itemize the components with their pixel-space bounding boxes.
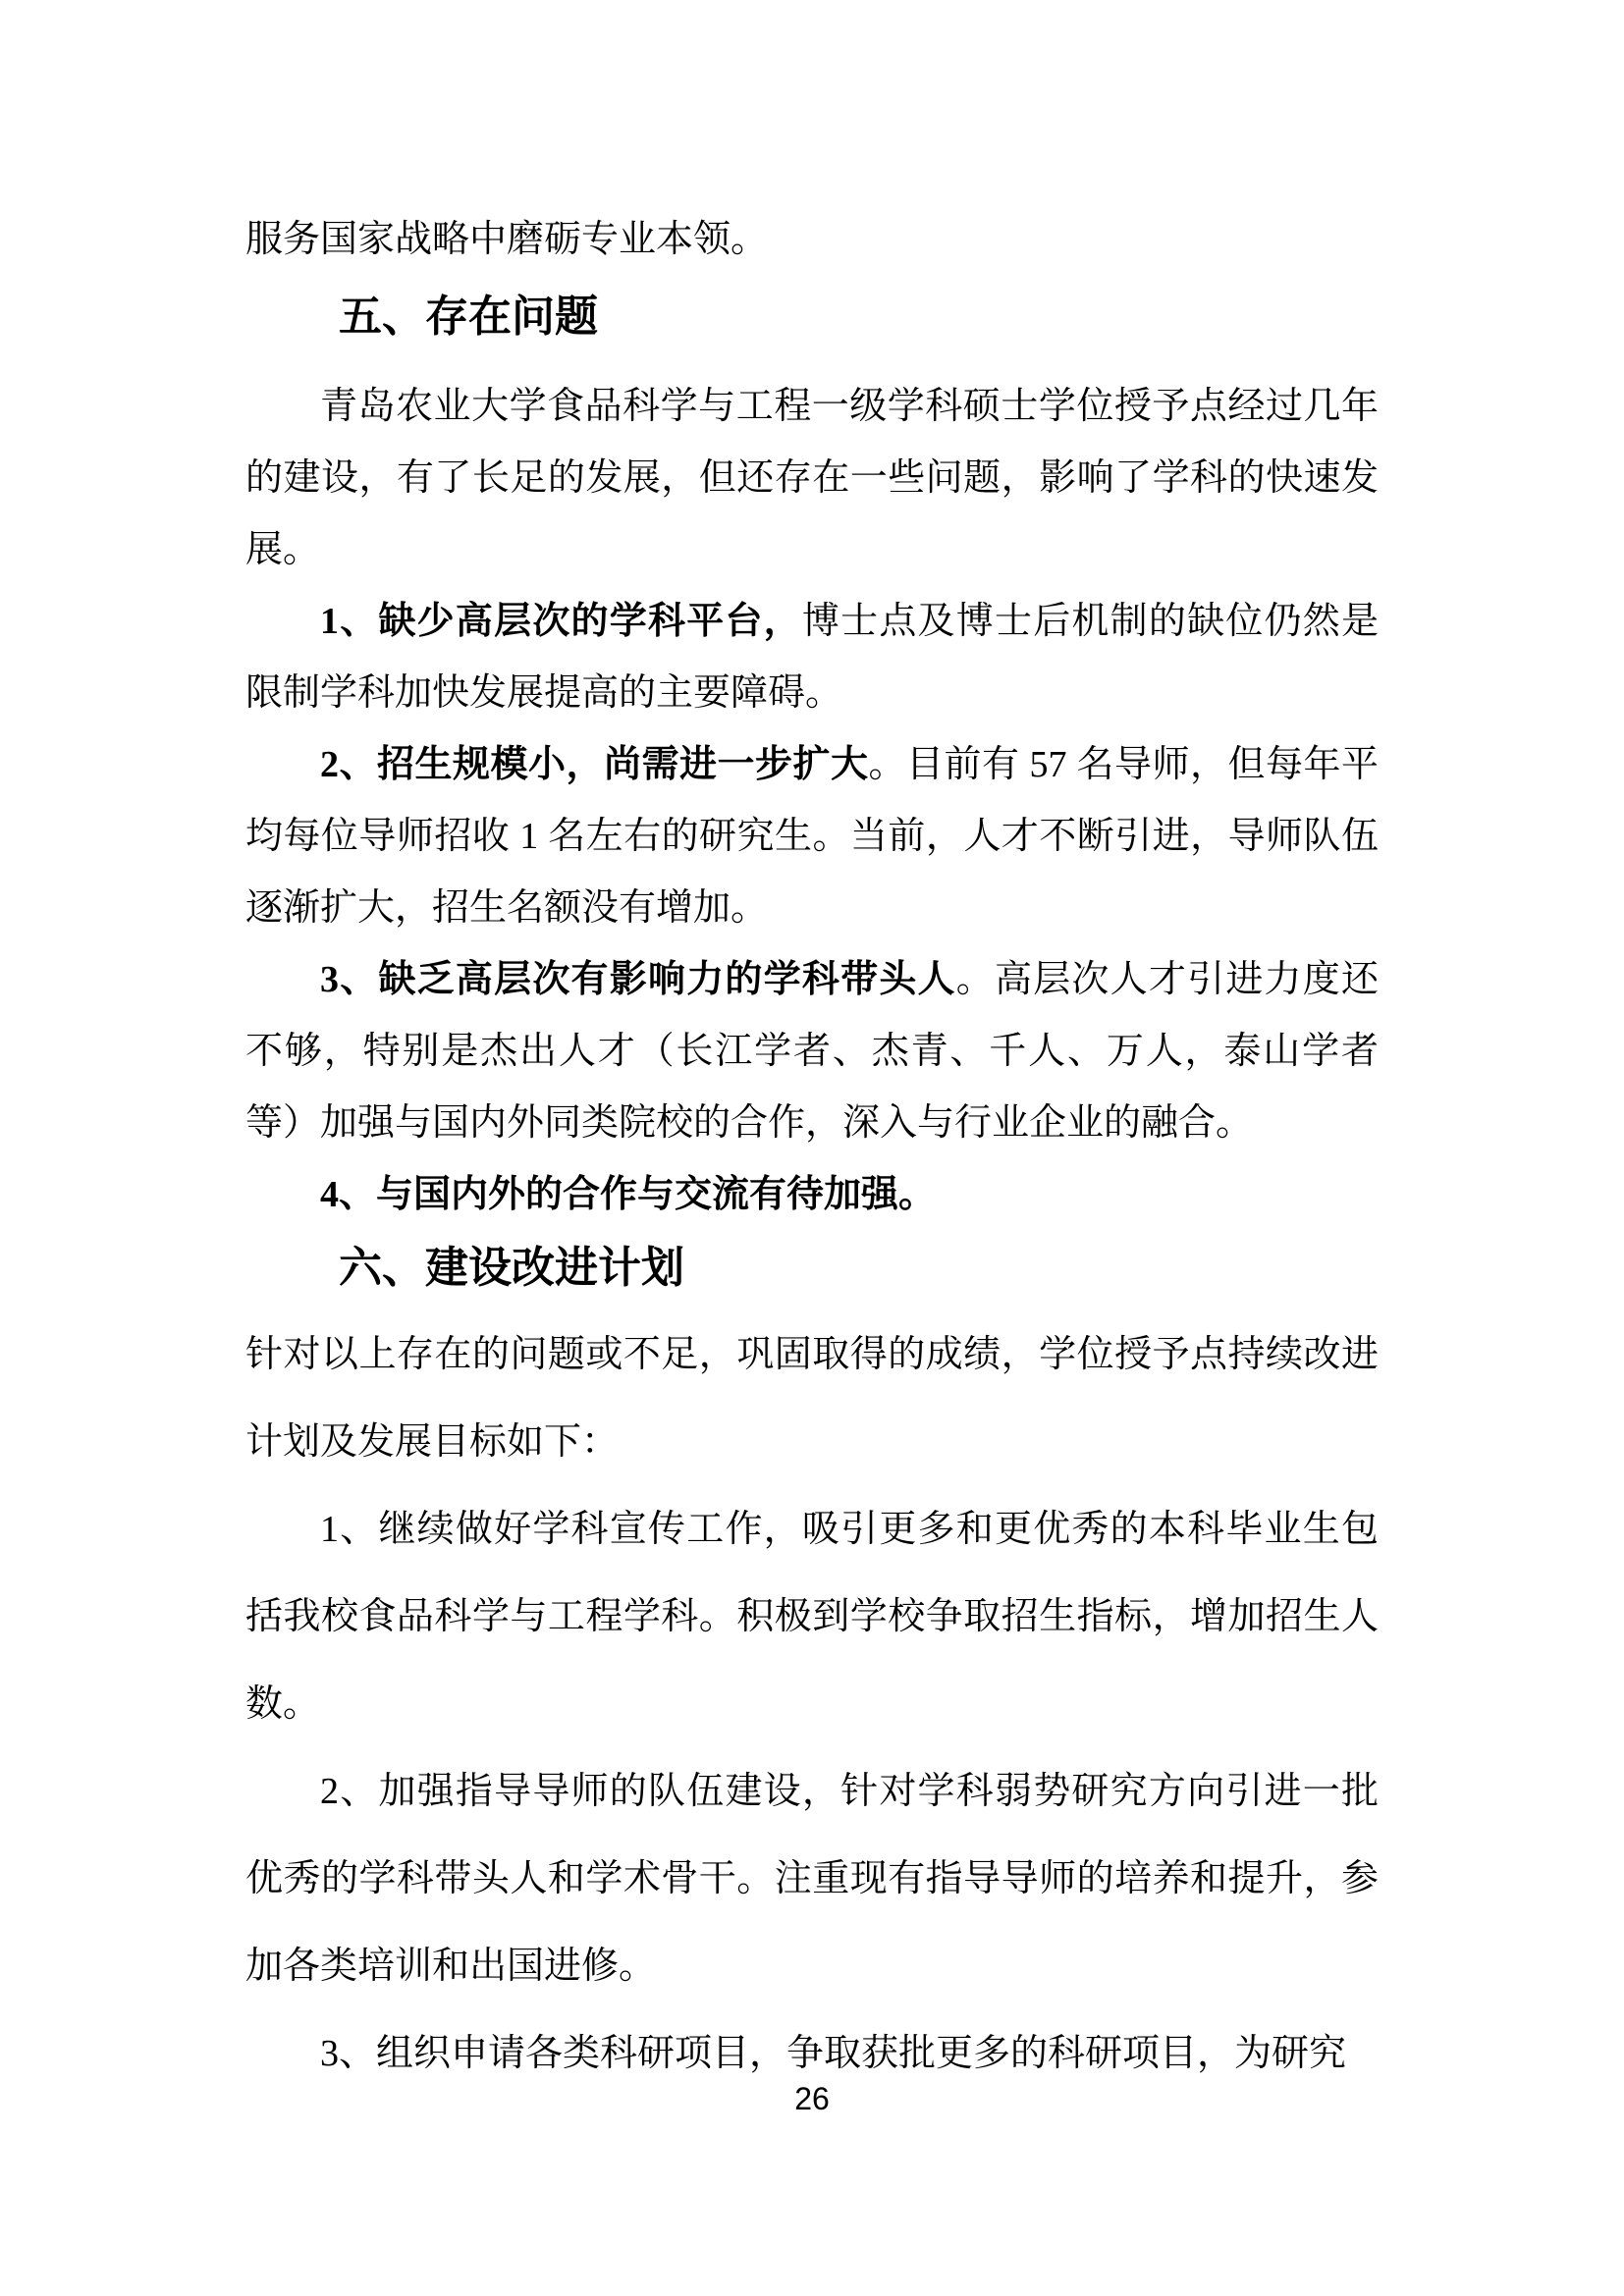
list-item-problem-4: 4、与国内外的合作与交流有待加强。 [245,1159,1379,1231]
paragraph-continuation: 服务国家战略中磨砺专业本领。 [245,204,1379,276]
list-item-lead: 3、缺乏高层次有影响力的学科带头人 [320,959,956,1000]
list-item-plan-1: 1、继续做好学科宣传工作，吸引更多和更优秀的本科毕业生包括我校食品科学与工程学科… [245,1486,1379,1748]
list-item-lead: 1、缺少高层次的学科平台， [320,601,802,642]
list-item-lead: 4、与国内外的合作与交流有待加强。 [320,1174,936,1215]
section-five-heading: 五、存在问题 [339,291,1379,343]
page-number: 26 [0,2079,1624,2118]
document-content: 服务国家战略中磨砺专业本领。 五、存在问题 青岛农业大学食品科学与工程一级学科硕… [245,204,1379,2098]
section-six-heading: 六、建设改进计划 [339,1242,1379,1294]
list-item-plan-2: 2、加强指导导师的队伍建设，针对学科弱势研究方向引进一批优秀的学科带头人和学术骨… [245,1748,1379,2010]
section-five-paragraph: 青岛农业大学食品科学与工程一级学科硕士学位授予点经过几年的建设，有了长足的发展，… [245,371,1379,586]
list-item-problem-2: 2、招生规模小，尚需进一步扩大。目前有 57 名导师，但每年平均每位导师招收 1… [245,729,1379,944]
document-page: 服务国家战略中磨砺专业本领。 五、存在问题 青岛农业大学食品科学与工程一级学科硕… [0,0,1624,2296]
list-item-lead: 2、招生规模小，尚需进一步扩大 [320,744,869,785]
section-five: 服务国家战略中磨砺专业本领。 五、存在问题 青岛农业大学食品科学与工程一级学科硕… [245,204,1379,1231]
section-six: 六、建设改进计划 针对以上存在的问题或不足，巩固取得的成绩，学位授予点持续改进计… [245,1242,1379,2098]
list-item-problem-3: 3、缺乏高层次有影响力的学科带头人。高层次人才引进力度还不够，特别是杰出人才（长… [245,944,1379,1159]
list-item-problem-1: 1、缺少高层次的学科平台，博士点及博士后机制的缺位仍然是限制学科加快发展提高的主… [245,586,1379,729]
section-six-paragraph: 针对以上存在的问题或不足，巩固取得的成绩，学位授予点持续改进计划及发展目标如下： [245,1311,1379,1486]
